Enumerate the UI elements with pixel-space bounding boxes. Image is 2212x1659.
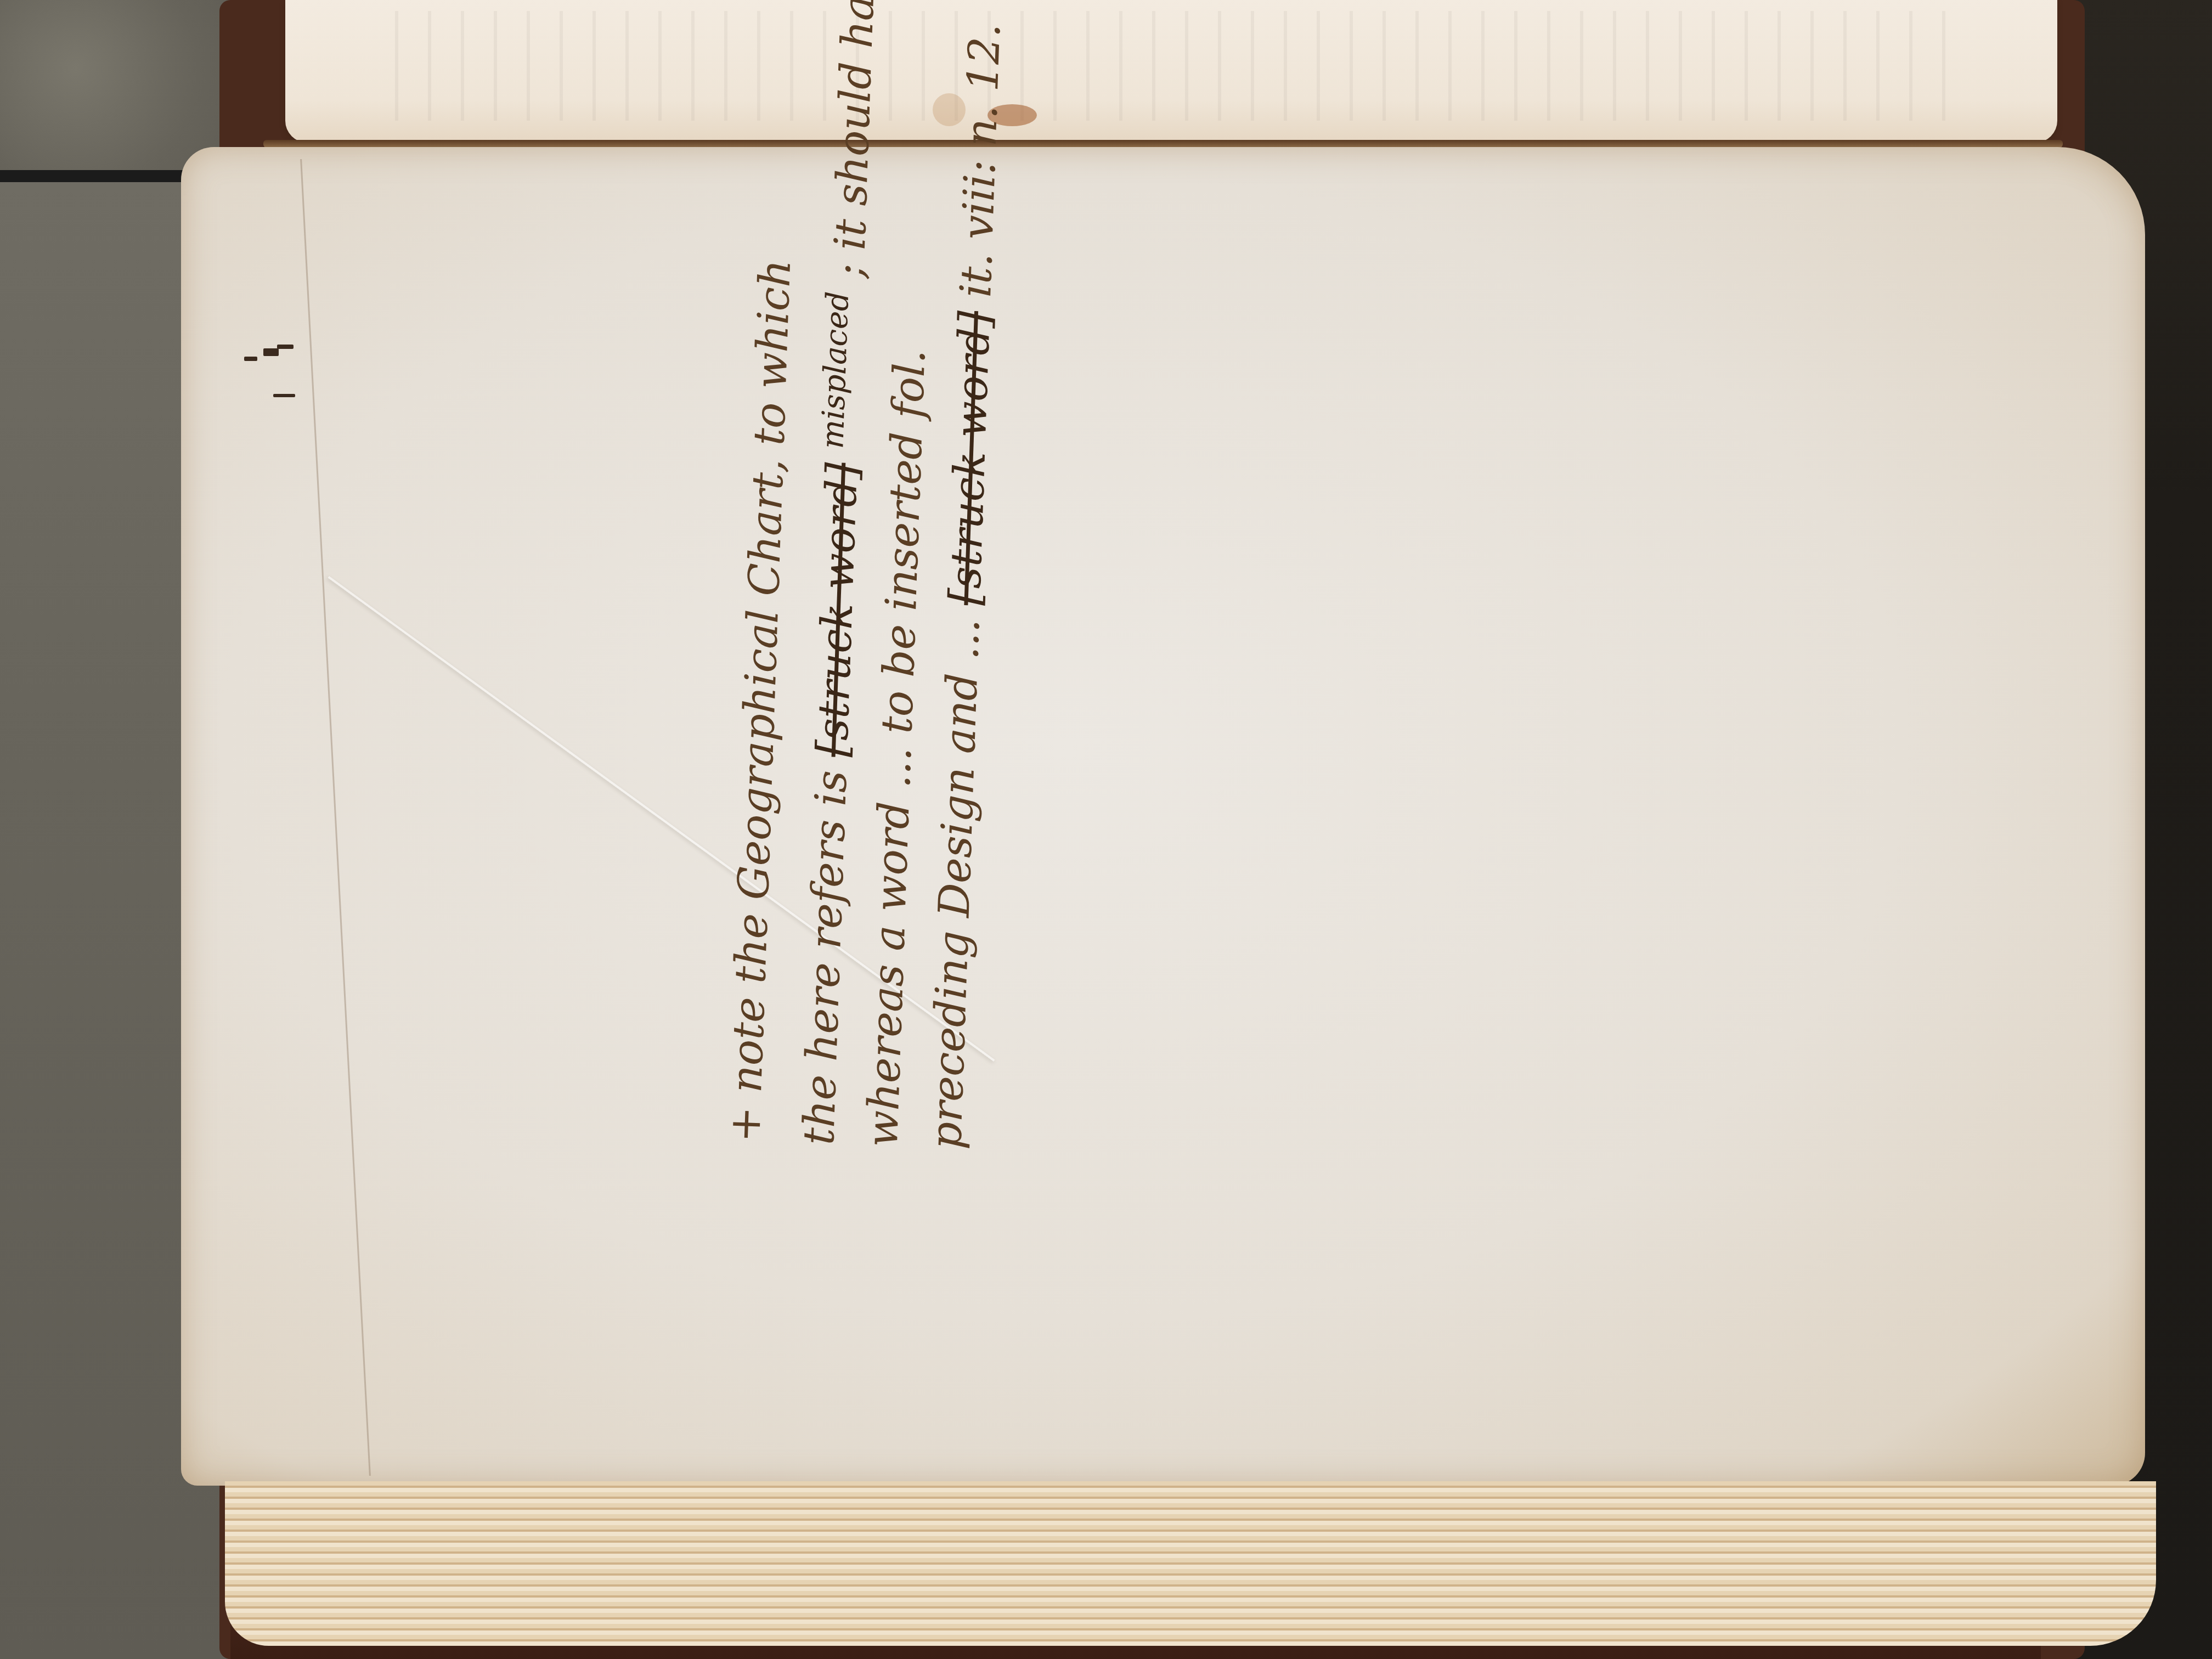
ink-speck [277, 345, 294, 349]
line-text: preceding Design and ... [922, 618, 990, 1150]
struck-word: [struck word] [940, 310, 1000, 606]
ink-speck [263, 348, 279, 356]
line-tail: it. viii: n. 12. [951, 22, 1010, 298]
handwritten-annotation: + note the Geographical Chart, to which … [713, 154, 1013, 1150]
stone-surface-top [0, 0, 252, 170]
facing-page [285, 0, 2057, 143]
blank-leaf [181, 147, 2145, 1486]
inserted-word: misplaced [815, 291, 856, 449]
ink-speck [273, 394, 295, 397]
page-block-fore-edge [225, 1481, 2156, 1646]
ink-speck [244, 357, 257, 361]
line-tail: fol. [883, 349, 935, 420]
struck-word: [struck word] [808, 462, 868, 758]
show-through-text [395, 11, 1948, 121]
line-text: the here refers is [794, 770, 857, 1145]
gutter [263, 140, 2063, 148]
